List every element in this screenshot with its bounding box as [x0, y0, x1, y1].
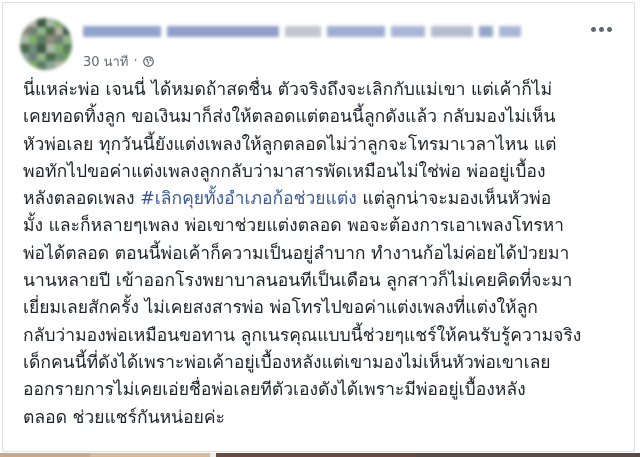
- meta-separator: ·: [133, 54, 137, 69]
- post-line: เยี่ยมเลยสักครั้ง ไม่เคยสงสารพ่อ พ่อโทรไ…: [23, 295, 623, 322]
- post-line: หัวพ่อเลย ทุกวันนี้ยังแต่งเพลงให้ลูกตลอด…: [23, 132, 623, 159]
- redacted-name-segment: [83, 26, 161, 37]
- avatar[interactable]: [20, 18, 72, 70]
- redacted-name-segment: [499, 26, 521, 37]
- redacted-name-segment: [167, 26, 279, 37]
- post-meta: 30 นาที ·: [83, 51, 154, 72]
- globe-icon[interactable]: [143, 56, 154, 67]
- post-text-segment: แต่ลูกน่าจะมองเห็นหัวพ่อ: [357, 189, 551, 209]
- post-line: นี่แหล่ะพ่อ เจนนี่ ได้หมดถ้าสดชื่น ตัวจร…: [23, 77, 623, 104]
- author-name-redacted[interactable]: [83, 23, 563, 39]
- post-line: ตลอด ช่วยแชร์กันหน่อยค่ะ: [23, 405, 623, 432]
- redacted-name-segment: [479, 26, 493, 37]
- post-line-with-hashtag: หลังตลอดเพลง #เลิกคุยทั้งอำเภอก้อช่วยแต่…: [23, 186, 623, 213]
- redacted-name-segment: [391, 26, 425, 37]
- post-text-segment: หลังตลอดเพลง: [23, 189, 140, 209]
- post-line: เด็กคนนี้ที่ดังได้เพราะพ่อเค้าอยู่เบื้อง…: [23, 350, 623, 377]
- post-header: 30 นาที ·: [3, 3, 634, 69]
- redacted-name-segment: [285, 26, 321, 37]
- post-timestamp[interactable]: 30 นาที: [83, 51, 128, 72]
- post-line: กลับว่ามองพ่อเหมือนขอทาน ลูกเนรคุณแบบนี้…: [23, 323, 623, 350]
- post-text: นี่แหล่ะพ่อ เจนนี่ ได้หมดถ้าสดชื่น ตัวจร…: [23, 77, 623, 432]
- facebook-post-card: 30 นาที · นี่แหล่ะพ่อ เจนนี่ ได้หมดถ้าสด…: [2, 2, 635, 452]
- more-options-icon[interactable]: [588, 21, 614, 37]
- post-line: มั้ง และก็หลายๆเพลง พ่อเขาช่วยแต่งตลอด พ…: [23, 213, 623, 240]
- post-line: พ่อได้ตลอด ตอนนี้พ่อเค้าก็ความเป็นอยู่ลำ…: [23, 241, 623, 268]
- redacted-name-segment: [431, 26, 473, 37]
- attached-photo-edge[interactable]: [0, 453, 640, 457]
- post-line: นานหลายปี เข้าออกโรงพยาบาลนอนทีเป็นเดือน…: [23, 268, 623, 295]
- post-line: พอทักไปขอค่าแต่งเพลงลูกกลับว่ามาสารพัดเห…: [23, 159, 623, 186]
- post-line: ออกรายการไม่เคยเอ่ยชื่อพ่อเลยทีตัวเองดัง…: [23, 377, 623, 404]
- redacted-name-segment: [327, 26, 385, 37]
- post-line: เคยทอดทิ้งลูก ขอเงินมาก็ส่งให้ตลอดแต่ตอน…: [23, 104, 623, 131]
- hashtag-link[interactable]: #เลิกคุยทั้งอำเภอก้อช่วยแต่ง: [140, 189, 357, 209]
